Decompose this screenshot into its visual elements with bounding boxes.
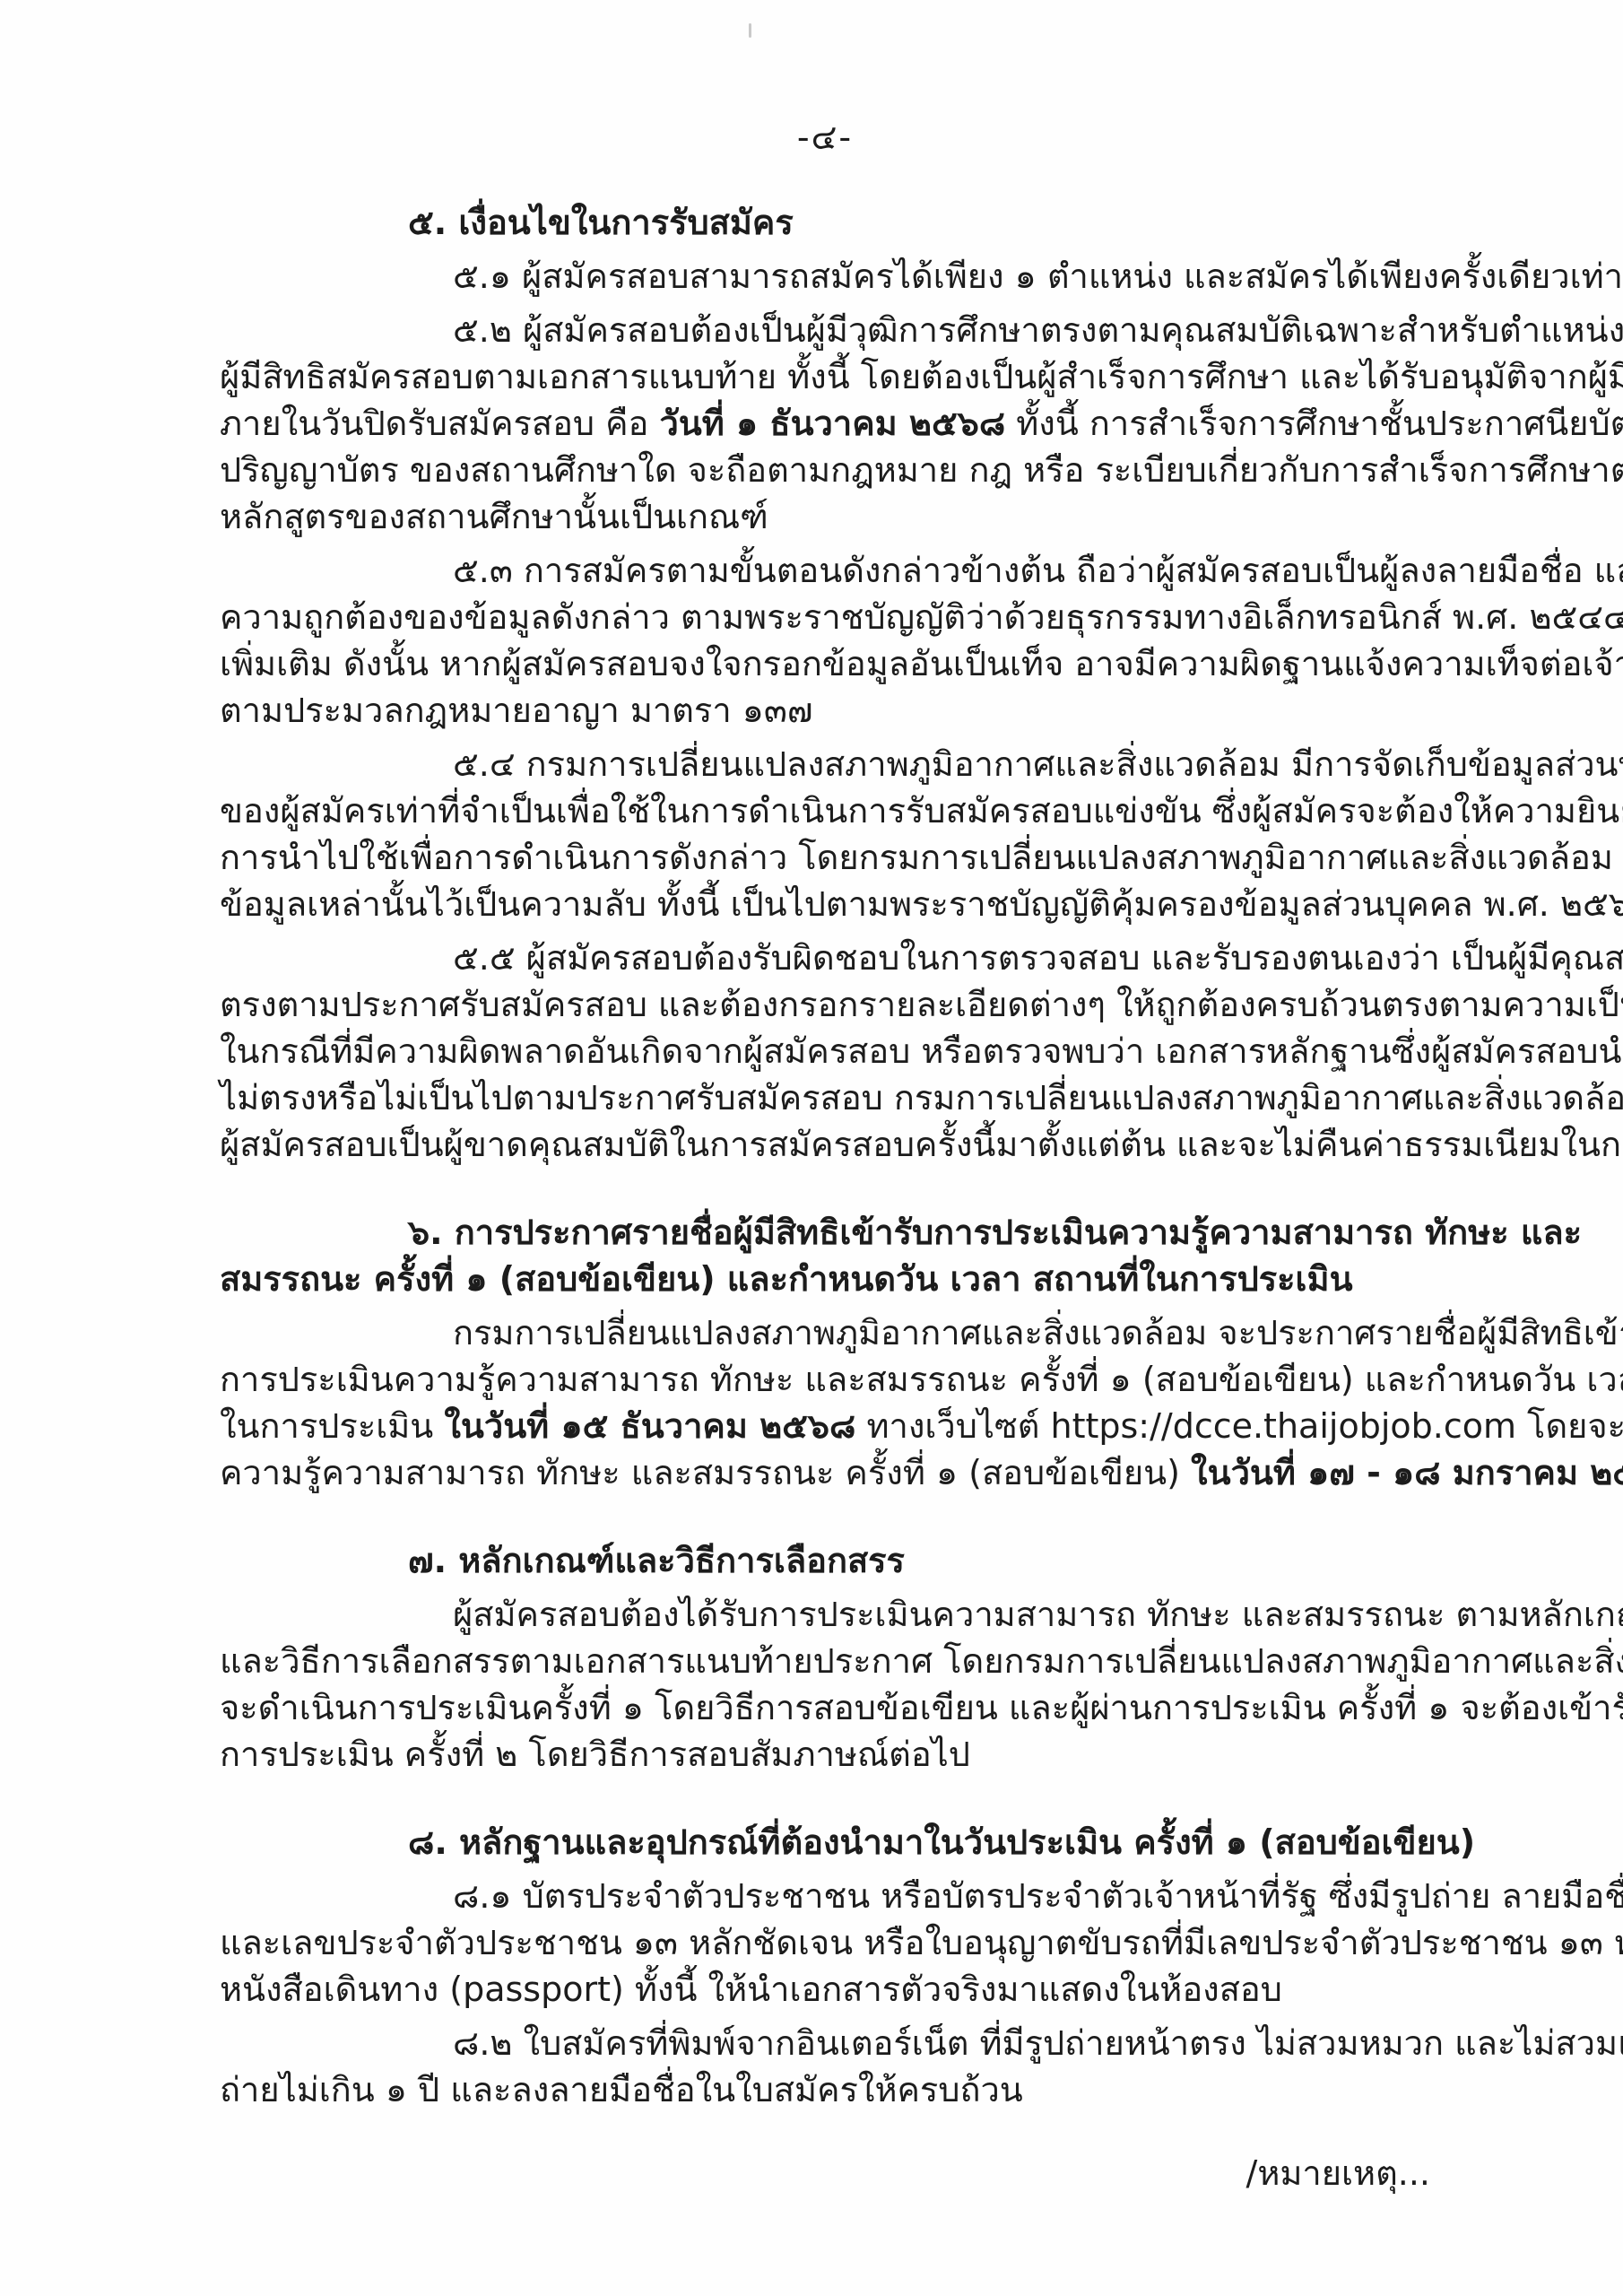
section-5-item-4-line-3: การนำไปใช้เพื่อการดำเนินการดังกล่าว โดยก… (220, 834, 1439, 881)
body-text: ๘.๒ ใบสมัครที่พิมพ์จากอินเตอร์เน็ต ที่มี… (453, 2023, 1623, 2063)
section-5-item-2-line-4: ปริญญาบัตร ของสถานศึกษาใด จะถือตามกฎหมาย… (220, 447, 1439, 493)
section-5-item-2-line-3: ภายในวันปิดรับสมัครสอบ คือ วันที่ ๑ ธันว… (220, 400, 1439, 447)
body-text: ๕.๒ ผู้สมัครสอบต้องเป็นผู้มีวุฒิการศึกษา… (453, 310, 1623, 350)
emphasized-text: ๕. เงื่อนไขในการรับสมัคร (408, 203, 794, 242)
section-7-body-line-4: การประเมิน ครั้งที่ ๒ โดยวิธีการสอบสัมภา… (220, 1731, 1439, 1778)
body-text: หลักสูตรของสถานศึกษานั้นเป็นเกณฑ์ (220, 497, 768, 536)
document-page: -๔- ๕. เงื่อนไขในการรับสมัคร๕.๑ ผู้สมัคร… (0, 0, 1623, 2296)
section-5-item-3-line-2: ความถูกต้องของข้อมูลดังกล่าว ตามพระราชบั… (220, 594, 1439, 640)
section-6-body-line-2: การประเมินความรู้ความสามารถ ทักษะ และสมร… (220, 1356, 1439, 1403)
section-5-heading-line-1: ๕. เงื่อนไขในการรับสมัคร (220, 199, 1439, 246)
section-5-item-1-line-1: ๕.๑ ผู้สมัครสอบสามารถสมัครได้เพียง ๑ ตำแ… (220, 253, 1439, 300)
section-5-item-5-line-5: ผู้สมัครสอบเป็นผู้ขาดคุณสมบัติในการสมัคร… (220, 1121, 1439, 1168)
section-8-item-1: ๘.๑ บัตรประจำตัวประชาชน หรือบัตรประจำตัว… (220, 1873, 1439, 2013)
body-text: ถ่ายไม่เกิน ๑ ปี และลงลายมือชื่อในใบสมัค… (220, 2070, 1023, 2109)
body-text: ความรู้ความสามารถ ทักษะ และสมรรถนะ ครั้ง… (220, 1453, 1191, 1492)
body-text: ๕.๑ ผู้สมัครสอบสามารถสมัครได้เพียง ๑ ตำแ… (453, 257, 1623, 296)
section-5-item-4-line-4: ข้อมูลเหล่านั้นไว้เป็นความลับ ทั้งนี้ เป… (220, 881, 1439, 927)
document-body: ๕. เงื่อนไขในการรับสมัคร๕.๑ ผู้สมัครสอบส… (220, 192, 1439, 2113)
section-8-item-1-line-1: ๘.๑ บัตรประจำตัวประชาชน หรือบัตรประจำตัว… (220, 1873, 1439, 1919)
body-text: เพิ่มเติม ดังนั้น หากผู้สมัครสอบจงใจกรอก… (220, 644, 1623, 683)
section-5-item-5-line-1: ๕.๕ ผู้สมัครสอบต้องรับผิดชอบในการตรวจสอบ… (220, 935, 1439, 981)
emphasized-text: สมรรถนะ ครั้งที่ ๑ (สอบข้อเขียน) และกำหน… (220, 1259, 1353, 1299)
page-number: -๔- (220, 109, 1430, 164)
section-5-item-5-line-2: ตรงตามประกาศรับสมัครสอบ และต้องกรอกรายละ… (220, 981, 1439, 1028)
section-6-body-line-1: กรมการเปลี่ยนแปลงสภาพภูมิอากาศและสิ่งแวด… (220, 1309, 1439, 1356)
body-text: ความถูกต้องของข้อมูลดังกล่าว ตามพระราชบั… (220, 597, 1623, 637)
body-text: ทางเว็บไซต์ https://dcce.thaijobjob.com … (855, 1406, 1623, 1446)
body-text: จะดำเนินการประเมินครั้งที่ ๑ โดยวิธีการส… (220, 1688, 1623, 1727)
emphasized-text: ในวันที่ ๑๕ ธันวาคม ๒๕๖๘ (444, 1406, 855, 1446)
section-8-heading: ๘. หลักฐานและอุปกรณ์ที่ต้องนำมาในวันประเ… (220, 1819, 1439, 1865)
body-text: ปริญญาบัตร ของสถานศึกษาใด จะถือตามกฎหมาย… (220, 450, 1623, 490)
section-5-item-2-line-5: หลักสูตรของสถานศึกษานั้นเป็นเกณฑ์ (220, 493, 1439, 540)
section-5-item-4-line-2: ของผู้สมัครเท่าที่จำเป็นเพื่อใช้ในการดำเ… (220, 787, 1439, 834)
body-text: ตามประมวลกฎหมายอาญา มาตรา ๑๓๗ (220, 691, 812, 730)
body-text: ผู้สมัครสอบต้องได้รับการประเมินความสามาร… (453, 1595, 1623, 1634)
body-text: ตรงตามประกาศรับสมัครสอบ และต้องกรอกรายละ… (220, 985, 1623, 1024)
section-5-item-3-line-1: ๕.๓ การสมัครตามขั้นตอนดังกล่าวข้างต้น ถื… (220, 547, 1439, 594)
section-5-item-1: ๕.๑ ผู้สมัครสอบสามารถสมัครได้เพียง ๑ ตำแ… (220, 253, 1439, 300)
section-5-item-2: ๕.๒ ผู้สมัครสอบต้องเป็นผู้มีวุฒิการศึกษา… (220, 307, 1439, 540)
body-text: ๕.๕ ผู้สมัครสอบต้องรับผิดชอบในการตรวจสอบ… (453, 938, 1623, 978)
section-5-item-5-line-4: ไม่ตรงหรือไม่เป็นไปตามประกาศรับสมัครสอบ … (220, 1074, 1439, 1121)
section-8-item-2-line-2: ถ่ายไม่เกิน ๑ ปี และลงลายมือชื่อในใบสมัค… (220, 2066, 1439, 2113)
emphasized-text: ๘. หลักฐานและอุปกรณ์ที่ต้องนำมาในวันประเ… (408, 1822, 1475, 1862)
section-8-item-1-line-2: และเลขประจำตัวประชาชน ๑๓ หลักชัดเจน หรือ… (220, 1919, 1439, 1966)
body-text: หนังสือเดินทาง (passport) ทั้งนี้ ให้นำเ… (220, 1970, 1282, 2009)
body-text: และเลขประจำตัวประชาชน ๑๓ หลักชัดเจน หรือ… (220, 1923, 1623, 1962)
section-5-item-5-line-3: ในกรณีที่มีความผิดพลาดอันเกิดจากผู้สมัคร… (220, 1028, 1439, 1074)
body-text: และวิธีการเลือกสรรตามเอกสารแนบท้ายประกาศ… (220, 1641, 1623, 1681)
section-7-body-line-1: ผู้สมัครสอบต้องได้รับการประเมินความสามาร… (220, 1591, 1439, 1638)
emphasized-text: วันที่ ๑ ธันวาคม ๒๕๖๘ (659, 404, 1005, 443)
section-7-body: ผู้สมัครสอบต้องได้รับการประเมินความสามาร… (220, 1591, 1439, 1778)
body-text: ในกรณีที่มีความผิดพลาดอันเกิดจากผู้สมัคร… (220, 1031, 1623, 1071)
scan-artifact (749, 23, 751, 38)
section-5-item-5: ๕.๕ ผู้สมัครสอบต้องรับผิดชอบในการตรวจสอบ… (220, 935, 1439, 1168)
body-text: ๘.๑ บัตรประจำตัวประชาชน หรือบัตรประจำตัว… (453, 1876, 1623, 1916)
section-5-item-2-line-2: ผู้มีสิทธิสมัครสอบตามเอกสารแนบท้าย ทั้งน… (220, 353, 1439, 400)
section-5-item-4: ๕.๔ กรมการเปลี่ยนแปลงสภาพภูมิอากาศและสิ่… (220, 741, 1439, 927)
body-text: การประเมิน ครั้งที่ ๒ โดยวิธีการสอบสัมภา… (220, 1735, 970, 1774)
section-6-body: กรมการเปลี่ยนแปลงสภาพภูมิอากาศและสิ่งแวด… (220, 1309, 1439, 1496)
section-8-item-2: ๘.๒ ใบสมัครที่พิมพ์จากอินเตอร์เน็ต ที่มี… (220, 2020, 1439, 2113)
body-text: ไม่ตรงหรือไม่เป็นไปตามประกาศรับสมัครสอบ … (220, 1078, 1623, 1118)
body-text: กรมการเปลี่ยนแปลงสภาพภูมิอากาศและสิ่งแวด… (453, 1313, 1623, 1352)
section-8-heading-line-1: ๘. หลักฐานและอุปกรณ์ที่ต้องนำมาในวันประเ… (220, 1819, 1439, 1865)
section-8-item-1-line-3: หนังสือเดินทาง (passport) ทั้งนี้ ให้นำเ… (220, 1966, 1439, 2013)
body-text: ๕.๔ กรมการเปลี่ยนแปลงสภาพภูมิอากาศและสิ่… (453, 744, 1623, 784)
section-8-item-2-line-1: ๘.๒ ใบสมัครที่พิมพ์จากอินเตอร์เน็ต ที่มี… (220, 2020, 1439, 2066)
section-5-item-3-line-4: ตามประมวลกฎหมายอาญา มาตรา ๑๓๗ (220, 687, 1439, 734)
section-7-body-line-2: และวิธีการเลือกสรรตามเอกสารแนบท้ายประกาศ… (220, 1638, 1439, 1684)
body-text: ในการประเมิน (220, 1406, 444, 1446)
section-5-item-4-line-1: ๕.๔ กรมการเปลี่ยนแปลงสภาพภูมิอากาศและสิ่… (220, 741, 1439, 787)
emphasized-text: ๖. การประกาศรายชื่อผู้มีสิทธิเข้ารับการป… (408, 1213, 1582, 1252)
emphasized-text: ๗. หลักเกณฑ์และวิธีการเลือกสรร (408, 1541, 905, 1580)
section-7-body-line-3: จะดำเนินการประเมินครั้งที่ ๑ โดยวิธีการส… (220, 1684, 1439, 1731)
body-text: ภายในวันปิดรับสมัครสอบ คือ (220, 404, 659, 443)
continuation-note: /หมายเหตุ... (220, 2145, 1430, 2200)
body-text: ข้อมูลเหล่านั้นไว้เป็นความลับ ทั้งนี้ เป… (220, 884, 1623, 924)
body-text: ทั้งนี้ การสำเร็จการศึกษาชั้นประกาศนียบั… (1005, 404, 1623, 443)
body-text: การประเมินความรู้ความสามารถ ทักษะ และสมร… (220, 1360, 1623, 1399)
section-5-item-3: ๕.๓ การสมัครตามขั้นตอนดังกล่าวข้างต้น ถื… (220, 547, 1439, 734)
body-text: การนำไปใช้เพื่อการดำเนินการดังกล่าว โดยก… (220, 838, 1623, 877)
section-5-item-3-line-3: เพิ่มเติม ดังนั้น หากผู้สมัครสอบจงใจกรอก… (220, 640, 1439, 687)
body-text: ผู้มีสิทธิสมัครสอบตามเอกสารแนบท้าย ทั้งน… (220, 357, 1623, 396)
section-5-item-2-line-1: ๕.๒ ผู้สมัครสอบต้องเป็นผู้มีวุฒิการศึกษา… (220, 307, 1439, 353)
body-text: ๕.๓ การสมัครตามขั้นตอนดังกล่าวข้างต้น ถื… (453, 551, 1623, 590)
section-6-body-line-4: ความรู้ความสามารถ ทักษะ และสมรรถนะ ครั้ง… (220, 1449, 1439, 1496)
section-7-heading: ๗. หลักเกณฑ์และวิธีการเลือกสรร (220, 1537, 1439, 1584)
section-5-heading: ๕. เงื่อนไขในการรับสมัคร (220, 199, 1439, 246)
section-7-heading-line-1: ๗. หลักเกณฑ์และวิธีการเลือกสรร (220, 1537, 1439, 1584)
section-6-heading-line-2: สมรรถนะ ครั้งที่ ๑ (สอบข้อเขียน) และกำหน… (220, 1256, 1439, 1302)
section-6-heading: ๖. การประกาศรายชื่อผู้มีสิทธิเข้ารับการป… (220, 1209, 1439, 1302)
section-6-heading-line-1: ๖. การประกาศรายชื่อผู้มีสิทธิเข้ารับการป… (220, 1209, 1439, 1256)
section-6-body-line-3: ในการประเมิน ในวันที่ ๑๕ ธันวาคม ๒๕๖๘ ทา… (220, 1403, 1439, 1449)
body-text: ผู้สมัครสอบเป็นผู้ขาดคุณสมบัติในการสมัคร… (220, 1125, 1623, 1164)
body-text: ของผู้สมัครเท่าที่จำเป็นเพื่อใช้ในการดำเ… (220, 791, 1623, 831)
emphasized-text: ในวันที่ ๑๗ - ๑๘ มกราคม ๒๕๖๙ (1191, 1453, 1623, 1492)
